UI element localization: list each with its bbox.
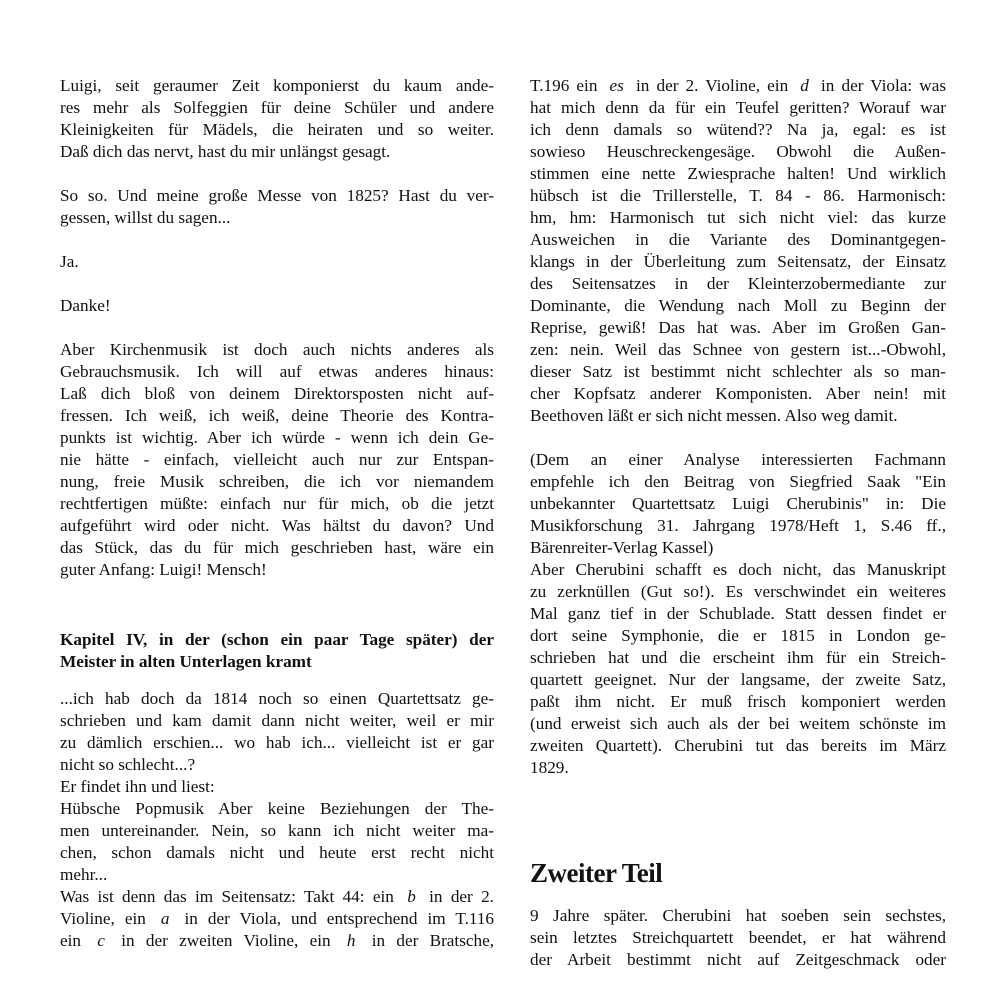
text-line: men untereinander. Nein, so kann ich nic… bbox=[60, 820, 494, 842]
text-line: So so. Und meine große Messe von 1825? H… bbox=[60, 185, 494, 207]
text-line: quartett geeignet. Nur der langsame, der… bbox=[530, 669, 946, 691]
text-fragment: in der 2. Violine, ein bbox=[636, 76, 788, 95]
text-line: stimmen eine nette Zwiesprache halten! U… bbox=[530, 163, 946, 185]
text-fragment: ein bbox=[60, 931, 81, 950]
text-line: 9 Jahre später. Cherubini hat soeben sei… bbox=[530, 905, 946, 927]
text-line: nung, freie Musik schreiben, die ich vor… bbox=[60, 471, 494, 493]
text-line: Danke! bbox=[60, 295, 494, 317]
note-name: a bbox=[156, 909, 175, 928]
text-line: ...ich hab doch da 1814 noch so einen Qu… bbox=[60, 688, 494, 710]
text-line: (und erweist sich auch als der bei weite… bbox=[530, 713, 946, 735]
text-fragment: in der Viola, und entsprechend im T.116 bbox=[185, 909, 495, 928]
text-line: unbekannter Quartettsatz Luigi Cherubini… bbox=[530, 493, 946, 515]
text-line: Er findet ihn und liest: bbox=[60, 776, 494, 798]
text-line: fressen. Ich weiß, ich weiß, deine Theor… bbox=[60, 405, 494, 427]
text-line: Hübsche Popmusik Aber keine Beziehungen … bbox=[60, 798, 494, 820]
text-line: ich denn damals so wütend?? Na ja, egal:… bbox=[530, 119, 946, 141]
section-title: Zweiter Teil bbox=[530, 858, 662, 888]
text-line: punkts ist wichtig. Aber ich würde - wen… bbox=[60, 427, 494, 449]
text-line: T.196 ein es in der 2. Violine, ein d in… bbox=[530, 75, 946, 97]
text-line: schrieben und kam damit dann nicht weite… bbox=[60, 710, 494, 732]
text-line: guter Anfang: Luigi! Mensch! bbox=[60, 559, 494, 581]
text-line: klangs in der Überleitung zum Seitensatz… bbox=[530, 251, 946, 273]
text-line: Beethoven läßt er sich nicht messen. Als… bbox=[530, 405, 946, 427]
text-line: dort seine Symphonie, die er 1815 in Lon… bbox=[530, 625, 946, 647]
text-line: mehr... bbox=[60, 864, 494, 886]
text-line: Kleinigkeiten für Mädels, die heiraten u… bbox=[60, 119, 494, 141]
text-line: zu zerknüllen (Gut so!). Es verschwindet… bbox=[530, 581, 946, 603]
text-line: empfehle ich den Beitrag von Siegfried S… bbox=[530, 471, 946, 493]
text-line: Gebrauchsmusik. Ich will auf etwas ander… bbox=[60, 361, 494, 383]
text-fragment: Was ist denn das im Seitensatz: Takt 44:… bbox=[60, 887, 394, 906]
text-line: Musikforschung 31. Jahrgang 1978/Heft 1,… bbox=[530, 515, 946, 537]
text-line: paßt ihm nicht. Er muß frisch komponiert… bbox=[530, 691, 946, 713]
note-name: h bbox=[342, 931, 361, 950]
text-fragment: T.196 ein bbox=[530, 76, 597, 95]
text-line: Aber Kirchenmusik ist doch auch nichts a… bbox=[60, 339, 494, 361]
text-line: ein c in der zweiten Violine, ein h in d… bbox=[60, 930, 494, 952]
text-line: gessen, willst du sagen... bbox=[60, 207, 494, 229]
text-line: Ausweichen in die Variante des Dominantg… bbox=[530, 229, 946, 251]
note-name: d bbox=[795, 76, 814, 95]
text-line: nie hätte - einfach, vielleicht auch nur… bbox=[60, 449, 494, 471]
text-fragment: Violine, ein bbox=[60, 909, 146, 928]
text-line: sowieso Heuschreckengesäge. Obwohl die A… bbox=[530, 141, 946, 163]
text-line: rechtfertigen müßte: einfach nur für mic… bbox=[60, 493, 494, 515]
text-fragment: in der 2. bbox=[429, 887, 494, 906]
text-fragment: in der Viola: was bbox=[821, 76, 946, 95]
text-line: Laß dich bloß von deinem Direktorsposten… bbox=[60, 383, 494, 405]
text-line: dieser Satz ist bestimmt nicht schlechte… bbox=[530, 361, 946, 383]
chapter-heading: Meister in alten Unterlagen kramt bbox=[60, 651, 494, 673]
text-line: hm, hm: Harmonisch tut sich nicht viel: … bbox=[530, 207, 946, 229]
text-line: Bärenreiter-Verlag Kassel) bbox=[530, 537, 946, 559]
note-name: b bbox=[402, 887, 421, 906]
chapter-heading: Kapitel IV, in der (schon ein paar Tage … bbox=[60, 629, 494, 651]
text-line: hübsch ist die Trillerstelle, T. 84 - 86… bbox=[530, 185, 946, 207]
text-line: Daß dich das nervt, hast du mir unlängst… bbox=[60, 141, 494, 163]
text-line: das Stück, das du für mich geschrieben h… bbox=[60, 537, 494, 559]
text-line: Ja. bbox=[60, 251, 494, 273]
text-line: Was ist denn das im Seitensatz: Takt 44:… bbox=[60, 886, 494, 908]
text-line: Aber Cherubini schafft es doch nicht, da… bbox=[530, 559, 946, 581]
text-line: sein letztes Streichquartett beendet, er… bbox=[530, 927, 946, 949]
text-line: der Arbeit bestimmt nicht auf Zeitgeschm… bbox=[530, 949, 946, 971]
text-fragment: in der zweiten Violine, ein bbox=[121, 931, 330, 950]
text-line: zweiten Quartett). Cherubini tut das ber… bbox=[530, 735, 946, 757]
text-line: res mehr als Solfeggien für deine Schüle… bbox=[60, 97, 494, 119]
text-line: zen: nein. Weil das Schnee von gestern i… bbox=[530, 339, 946, 361]
text-line: cher Kopfsatz anderer Komponisten. Aber … bbox=[530, 383, 946, 405]
text-line: 1829. bbox=[530, 757, 946, 779]
text-line: Luigi, seit geraumer Zeit komponierst du… bbox=[60, 75, 494, 97]
text-line: aufgeführt wird oder nicht. Was hältst d… bbox=[60, 515, 494, 537]
text-line: Mal ganz tief in der Schublade. Statt de… bbox=[530, 603, 946, 625]
text-line: hat mich denn da für ein Teufel geritten… bbox=[530, 97, 946, 119]
text-line: schrieben hat und die erscheint ihm für … bbox=[530, 647, 946, 669]
note-name: es bbox=[605, 76, 629, 95]
text-fragment: in der Bratsche, bbox=[372, 931, 494, 950]
text-line: (Dem an einer Analyse interessierten Fac… bbox=[530, 449, 946, 471]
note-name: c bbox=[92, 931, 110, 950]
text-line: zu dämlich erschien... wo hab ich... vie… bbox=[60, 732, 494, 754]
text-line: Violine, ein a in der Viola, und entspre… bbox=[60, 908, 494, 930]
text-line: chen, schon damals nicht und heute erst … bbox=[60, 842, 494, 864]
text-line: nicht so schlecht...? bbox=[60, 754, 494, 776]
text-line: Dominante, die Wendung nach Moll zu Begi… bbox=[530, 295, 946, 317]
text-line: Reprise, gewiß! Das hat was. Aber im Gro… bbox=[530, 317, 946, 339]
text-line: des Seitensatzes in der Kleinterzobermed… bbox=[530, 273, 946, 295]
